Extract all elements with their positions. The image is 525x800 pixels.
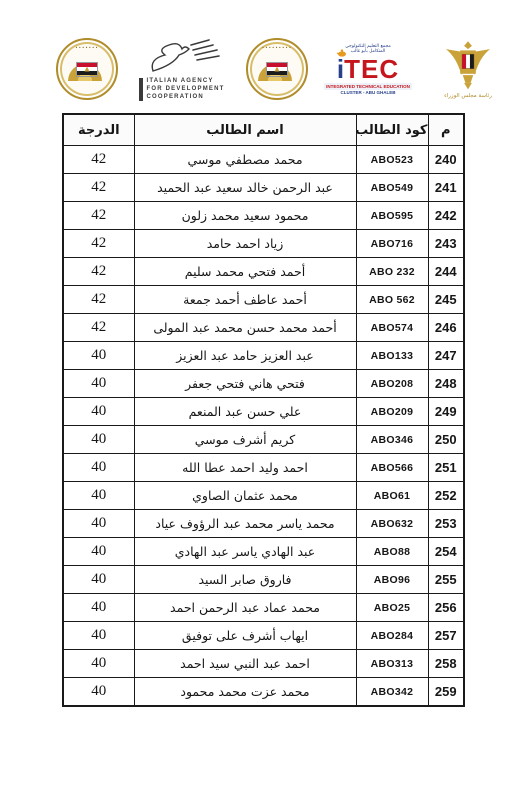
cabinet-emblem-logo: رئاسة مجلس الوزراء [428, 40, 508, 99]
cell-name: علي حسن عبد المنعم [134, 398, 356, 426]
cell-name: عبد العزيز حامد عبد العزيز [134, 342, 356, 370]
cell-num: 247 [428, 342, 464, 370]
itec-subtitle1: INTEGRATED TECHNICAL EDUCATION [324, 83, 412, 90]
table-row: 248 ABO208 فتحي هاني فتحي جعفر 40 [63, 370, 464, 398]
cell-grade: 40 [63, 426, 134, 454]
cell-num: 255 [428, 566, 464, 594]
italian-agency-line1: ITALIAN AGENCY [146, 78, 224, 85]
cell-code: ABO133 [356, 342, 428, 370]
italian-agency-logo: ITALIAN AGENCY FOR DEVELOPMENT COOPERATI… [136, 37, 228, 101]
egypt-flag-icon [266, 62, 288, 77]
cell-num: 250 [428, 426, 464, 454]
cell-grade: 42 [63, 286, 134, 314]
ministry-seal-eagle-icon: ••••••••• [246, 38, 308, 100]
table-row: 253 ABO632 محمد ياسر محمد عبد الرؤوف عيا… [63, 510, 464, 538]
cell-grade: 40 [63, 370, 134, 398]
table-row: 246 ABO574 أحمد محمد حسن محمد عبد المولى… [63, 314, 464, 342]
cell-name: عبد الهادي ياسر عبد الهادي [134, 538, 356, 566]
cell-code: ABO313 [356, 650, 428, 678]
cell-code: ABO523 [356, 146, 428, 174]
cell-grade: 40 [63, 454, 134, 482]
table-row: 245 ABO 562 أحمد عاطف أحمد جمعة 42 [63, 286, 464, 314]
results-table-body: 240 ABO523 محمد مصطفي موسي 42 241 ABO549… [63, 146, 464, 707]
italian-agency-line2: FOR DEVELOPMENT [146, 86, 224, 93]
cell-name: كريم أشرف موسي [134, 426, 356, 454]
cabinet-caption: رئاسة مجلس الوزراء [444, 93, 492, 99]
egypt-flag-icon [76, 62, 98, 77]
table-row: 249 ABO209 علي حسن عبد المنعم 40 [63, 398, 464, 426]
cell-num: 242 [428, 202, 464, 230]
table-row: 243 ABO716 زياد احمد حامد 42 [63, 230, 464, 258]
cell-code: ABO342 [356, 678, 428, 707]
table-row: 255 ABO96 فاروق صابر السيد 40 [63, 566, 464, 594]
cell-grade: 42 [63, 230, 134, 258]
cell-num: 254 [428, 538, 464, 566]
cell-name: محمود سعيد محمد زلون [134, 202, 356, 230]
table-row: 258 ABO313 احمد عبد النبي سيد احمد 40 [63, 650, 464, 678]
table-row: 257 ABO284 ايهاب أشرف على توفيق 40 [63, 622, 464, 650]
itec-subtitle2: CLUSTER - ABU GHALEB [340, 90, 395, 95]
cell-code: ABO88 [356, 538, 428, 566]
cell-name: فتحي هاني فتحي جعفر [134, 370, 356, 398]
gold-seal-eagle-icon: ••••••• [56, 38, 118, 100]
cell-code: ABO208 [356, 370, 428, 398]
cell-code: ABO716 [356, 230, 428, 258]
cell-grade: 42 [63, 202, 134, 230]
cell-name: فاروق صابر السيد [134, 566, 356, 594]
cell-name: محمد ياسر محمد عبد الرؤوف عياد [134, 510, 356, 538]
egypt-eagle-icon [442, 40, 494, 92]
table-row: 240 ABO523 محمد مصطفي موسي 42 [63, 146, 464, 174]
cell-code: ABO 562 [356, 286, 428, 314]
cell-num: 259 [428, 678, 464, 707]
cell-code: ABO 232 [356, 258, 428, 286]
cell-grade: 40 [63, 538, 134, 566]
cell-name: محمد عزت محمد محمود [134, 678, 356, 707]
fund-seal-logo: ••••••• [56, 38, 118, 100]
header-name: اسم الطالب [134, 114, 356, 146]
italian-agency-line3: COOPERATION [146, 94, 224, 101]
results-table: م كود الطالب اسم الطالب الدرجة 240 ABO52… [62, 113, 465, 707]
cell-grade: 40 [63, 594, 134, 622]
table-row: 241 ABO549 عبد الرحمن خالد سعيد عبد الحم… [63, 174, 464, 202]
table-row: 256 ABO25 محمد عماد عبد الرحمن احمد 40 [63, 594, 464, 622]
cell-num: 246 [428, 314, 464, 342]
table-row: 247 ABO133 عبد العزيز حامد عبد العزيز 40 [63, 342, 464, 370]
cell-grade: 42 [63, 174, 134, 202]
cell-name: احمد عبد النبي سيد احمد [134, 650, 356, 678]
cell-code: ABO632 [356, 510, 428, 538]
cell-name: محمد عماد عبد الرحمن احمد [134, 594, 356, 622]
cell-num: 258 [428, 650, 464, 678]
cell-num: 253 [428, 510, 464, 538]
table-row: 242 ABO595 محمود سعيد محمد زلون 42 [63, 202, 464, 230]
cell-num: 249 [428, 398, 464, 426]
cell-num: 244 [428, 258, 464, 286]
cell-num: 240 [428, 146, 464, 174]
cell-grade: 40 [63, 398, 134, 426]
cell-num: 243 [428, 230, 464, 258]
cell-grade: 40 [63, 510, 134, 538]
cell-name: أحمد محمد حسن محمد عبد المولى [134, 314, 356, 342]
cell-name: احمد وليد احمد عطا الله [134, 454, 356, 482]
ministry-seal-logo: ••••••••• [246, 38, 308, 100]
table-row: 252 ABO61 محمد عثمان الصاوي 40 [63, 482, 464, 510]
table-row: 251 ABO566 احمد وليد احمد عطا الله 40 [63, 454, 464, 482]
cell-code: ABO566 [356, 454, 428, 482]
cell-name: زياد احمد حامد [134, 230, 356, 258]
cell-grade: 40 [63, 566, 134, 594]
header-logo-strip: ••••••• ITALIAN AGENCY FOR DEVELOPMENT C… [56, 36, 508, 102]
cell-grade: 42 [63, 314, 134, 342]
cell-name: ايهاب أشرف على توفيق [134, 622, 356, 650]
cell-code: ABO549 [356, 174, 428, 202]
itec-i: i [337, 56, 344, 82]
cell-grade: 40 [63, 650, 134, 678]
table-header-row: م كود الطالب اسم الطالب الدرجة [63, 114, 464, 146]
cell-grade: 40 [63, 622, 134, 650]
cell-code: ABO25 [356, 594, 428, 622]
cell-grade: 42 [63, 258, 134, 286]
itec-logo: مجمع التعليم التكنولوجي المتكامل بأبو غا… [326, 44, 410, 95]
table-row: 250 ABO346 كريم أشرف موسي 40 [63, 426, 464, 454]
cell-code: ABO346 [356, 426, 428, 454]
cell-code: ABO284 [356, 622, 428, 650]
cell-name: أحمد عاطف أحمد جمعة [134, 286, 356, 314]
itec-tec: TEC [344, 56, 399, 82]
table-row: 244 ABO 232 أحمد فتحي محمد سليم 42 [63, 258, 464, 286]
cell-num: 256 [428, 594, 464, 622]
lamp-icon [336, 49, 348, 57]
header-code: كود الطالب [356, 114, 428, 146]
header-num: م [428, 114, 464, 146]
cell-num: 257 [428, 622, 464, 650]
cell-num: 252 [428, 482, 464, 510]
cell-code: ABO61 [356, 482, 428, 510]
header-grade: الدرجة [63, 114, 134, 146]
cell-grade: 40 [63, 678, 134, 707]
cell-num: 241 [428, 174, 464, 202]
cell-num: 251 [428, 454, 464, 482]
cell-name: محمد عثمان الصاوي [134, 482, 356, 510]
cell-grade: 42 [63, 146, 134, 174]
table-row: 254 ABO88 عبد الهادي ياسر عبد الهادي 40 [63, 538, 464, 566]
cell-code: ABO96 [356, 566, 428, 594]
cell-code: ABO595 [356, 202, 428, 230]
cell-grade: 40 [63, 482, 134, 510]
cell-grade: 40 [63, 342, 134, 370]
cell-code: ABO574 [356, 314, 428, 342]
cell-num: 245 [428, 286, 464, 314]
cell-name: أحمد فتحي محمد سليم [134, 258, 356, 286]
table-row: 259 ABO342 محمد عزت محمد محمود 40 [63, 678, 464, 707]
cell-num: 248 [428, 370, 464, 398]
cell-name: عبد الرحمن خالد سعيد عبد الحميد [134, 174, 356, 202]
dove-icon [139, 37, 225, 77]
cell-name: محمد مصطفي موسي [134, 146, 356, 174]
cell-code: ABO209 [356, 398, 428, 426]
